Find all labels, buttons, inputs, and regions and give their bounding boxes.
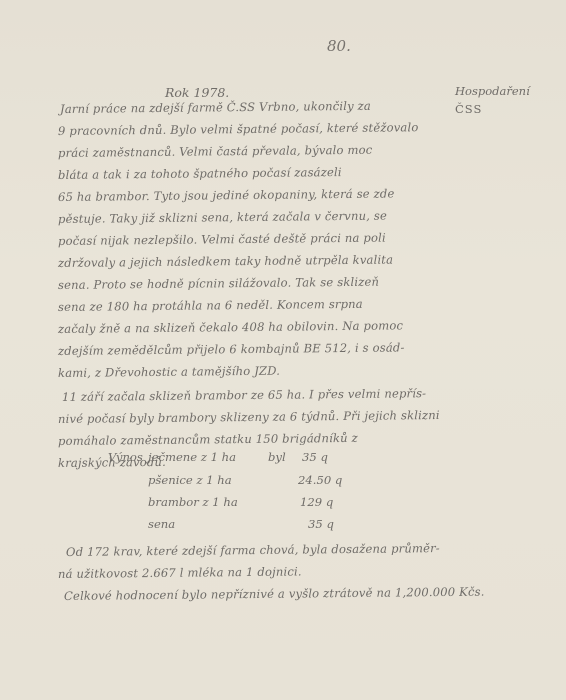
yield-crop: ječmene z 1 ha [148,450,236,464]
body-line: pěstuje. Taky již sklizni sena, která za… [58,209,387,226]
yield-value: 35 q [308,517,334,531]
closing-line: Celkové hodnocení bylo nepříznivé a vyšl… [64,585,485,603]
margin-note-line-2: ČSS [455,102,482,116]
year-heading: Rok 1978. [165,85,229,100]
page-number: 80. [327,37,351,55]
body-line: zdejším zemědělcům přijelo 6 kombajnů BE… [58,340,405,358]
body-line: zdržovaly a jejich následkem taky hodně … [58,252,393,270]
closing-line: Od 172 krav, které zdejší farma chová, b… [66,541,440,559]
body-line: práci zaměstnanců. Velmi častá převala, … [58,143,372,160]
body-line: 65 ha brambor. Tyto jsou jediné okopanin… [58,186,395,204]
body-line: Jarní práce na zdejší farmě Č.SS Vrbno, … [60,99,371,116]
body-line: kami, z Dřevohostic a tamějšího JZD. [58,364,280,380]
body-line: bláta a tak i za tohoto špatného počasí … [58,165,342,182]
yield-crop: brambor z 1 ha [148,495,238,509]
body-line: začaly žně a na sklizeň čekalo 408 ha ob… [58,318,403,336]
yield-value: 24.50 q [298,473,342,487]
body-line: 11 září začala sklizeň brambor ze 65 ha.… [62,386,426,404]
yield-crop: sena [148,517,175,531]
closing-line: ná užitkovost 2.667 l mléka na 1 dojnici… [58,564,302,581]
body-line: pomáhalo zaměstnancům statku 150 brigádn… [58,431,358,448]
yield-crop: pšenice z 1 ha [148,473,232,487]
body-line: počasí nijak nezlepšilo. Velmi časté deš… [58,231,386,248]
margin-note-line-1: Hospodaření [455,84,530,98]
handwritten-chronicle-page: 80. Rok 1978. Hospodaření ČSS Jarní prác… [0,0,566,700]
yield-value: 129 q [300,495,333,509]
yields-intro: Výnos [108,450,143,464]
yield-value: 35 q [302,450,328,464]
body-line: sena ze 180 ha protáhla na 6 neděl. Konc… [58,297,363,314]
yields-verb: byl [268,450,286,464]
body-line: nivé počasí byly brambory sklizeny za 6 … [58,408,440,426]
body-line: 9 pracovních dnů. Bylo velmi špatné poča… [58,120,419,138]
body-line: sena. Proto se hodně pícnin silážovalo. … [58,275,379,292]
